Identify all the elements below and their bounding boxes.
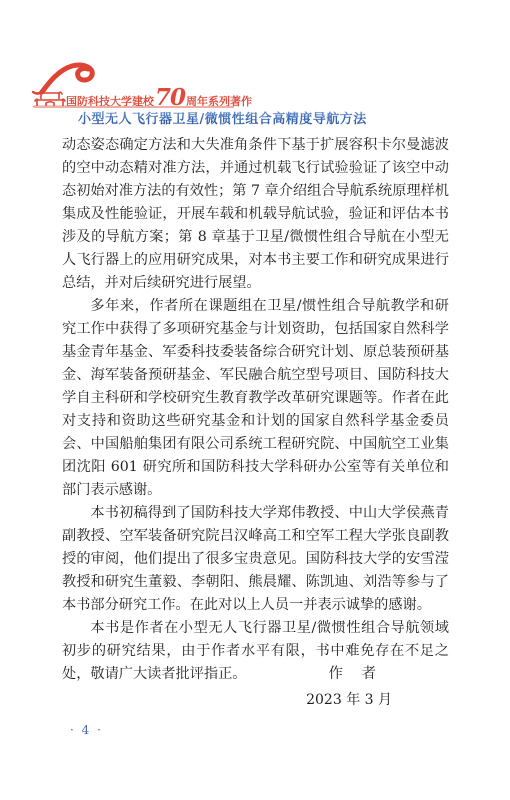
book-page: 国防科技大学建校 70 周年系列著作 小型无人飞行器卫星/微惯性组合高精度导航方…	[0, 0, 510, 800]
author-signature: 作 者	[329, 662, 379, 683]
page-number: · 4 ·	[70, 723, 103, 737]
paragraph: 多年来，作者所在课题组在卫星/惯性组合导航教学和研究工作中获得了多项研究基金与计…	[62, 295, 449, 502]
book-title: 小型无人飞行器卫星/微惯性组合高精度导航方法	[78, 108, 367, 127]
paragraph: 动态姿态确定方法和大失准角条件下基于扩展容积卡尔曼滤波的空中动态精对准方法，并通…	[62, 134, 449, 295]
paragraph: 本书是作者在小型无人飞行器卫星/微惯性组合导航领域初步的研究结果，由于作者水平有…	[62, 617, 449, 686]
preface-body: 动态姿态确定方法和大失准角条件下基于扩展容积卡尔曼滤波的空中动态精对准方法，并通…	[62, 134, 449, 686]
signature-date: 2023 年 3 月	[306, 689, 392, 709]
paragraph: 本书初稿得到了国防科技大学郑伟教授、中山大学侯燕青副教授、空军装备研究院吕汉峰高…	[62, 502, 449, 617]
